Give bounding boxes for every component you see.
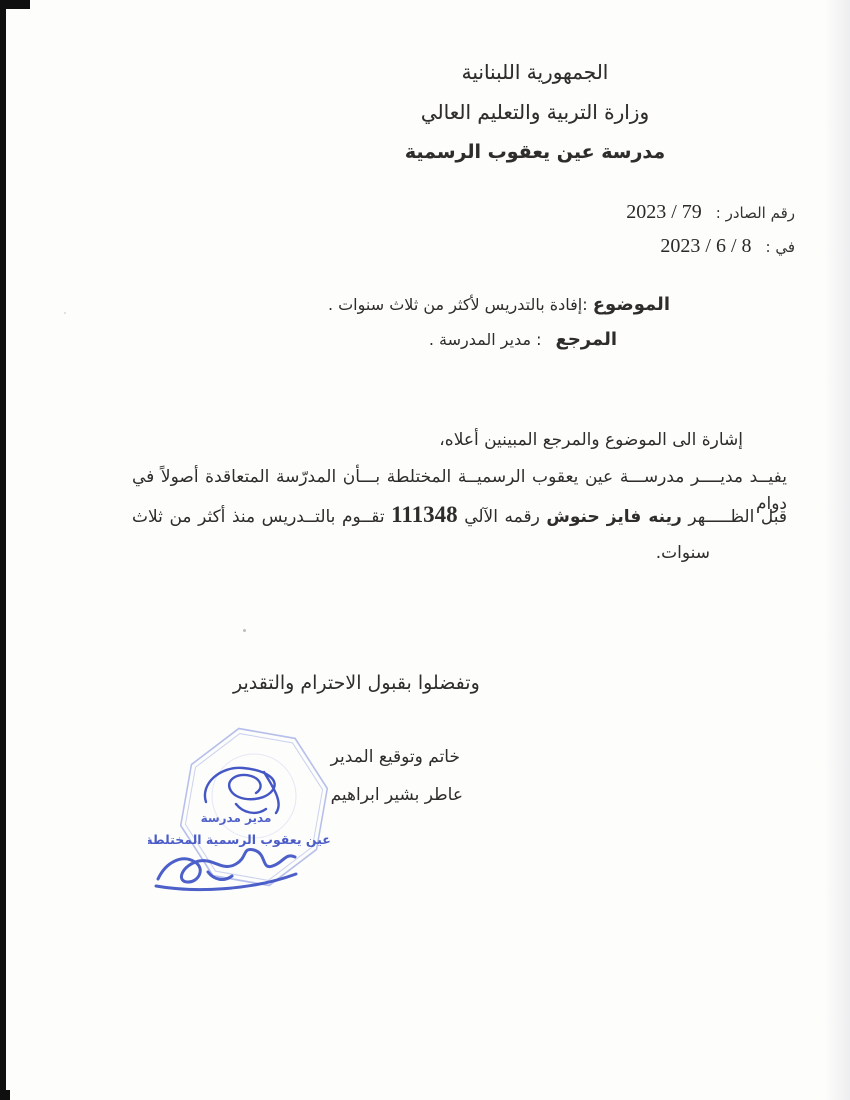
teacher-auto-id: 111348 [391, 502, 457, 527]
reference-label: المرجع [556, 329, 617, 350]
handwritten-signature [156, 849, 296, 889]
stamp-faint-circle [212, 754, 296, 838]
body-line-3: سنوات. [132, 540, 787, 567]
reference-line: المرجع: مدير المدرسة . [429, 329, 617, 350]
body-line2-suffix: تقــوم بالتــدريس منذ أكثر من ثلاث [132, 507, 385, 527]
scan-edge-left [0, 0, 6, 1100]
subject-line: الموضوع :إفادة بالتدريس لأكثر من ثلاث سن… [328, 294, 670, 315]
body-line2-prefix: قبل الظـــــهر [688, 507, 787, 527]
scanned-letter-page: الجمهورية اللبنانية وزارة التربية والتعل… [0, 0, 850, 1100]
body-line2-middle: رقمه الآلي [464, 507, 540, 527]
letterhead-republic: الجمهورية اللبنانية [330, 60, 740, 84]
stamp-role-text: مدير مدرسة [201, 811, 272, 825]
letterhead-school-name: مدرسة عين يعقوب الرسمية [330, 141, 740, 163]
stamp-octagon-outline [173, 722, 335, 893]
stamp-octagon-outer [173, 722, 335, 893]
school-stamp: مدير مدرسة عين يعقوب الرسمية المختلطة [148, 714, 360, 900]
subject-label: الموضوع [593, 294, 670, 315]
director-signature-scribble [205, 768, 279, 813]
date-value: 8 / 6 / 2023 [660, 235, 751, 257]
scan-speck [243, 629, 246, 632]
outgoing-number-row: رقم الصادر :79 / 2023 [626, 201, 795, 224]
reference-block: رقم الصادر :79 / 2023 في :8 / 6 / 2023 [626, 201, 795, 269]
stamp-school-text: عين يعقوب الرسمية المختلطة [148, 832, 331, 847]
subject-text: :إفادة بالتدريس لأكثر من ثلاث سنوات . [328, 295, 588, 314]
outgoing-number-value: 79 / 2023 [626, 201, 702, 223]
date-label: في : [766, 238, 796, 256]
closing-salutation: وتفضلوا بقبول الاحترام والتقدير [233, 672, 480, 694]
outgoing-number-label: رقم الصادر : [716, 204, 795, 222]
scan-edge-top-corner [0, 0, 30, 9]
reference-text: : مدير المدرسة . [429, 330, 542, 349]
scan-shadow-right [824, 0, 850, 1100]
teacher-name: رينه فايز حنوش [546, 507, 681, 527]
date-row: في :8 / 6 / 2023 [626, 235, 795, 258]
letterhead-ministry: وزارة التربية والتعليم العالي [330, 100, 740, 124]
body-opening-line: إشارة الى الموضوع والمرجع المبينين أعلاه… [439, 430, 743, 450]
body-line-2: قبل الظـــــهر رينه فايز حنوش رقمه الآلي… [132, 501, 787, 531]
stamp-octagon-inner [178, 727, 329, 887]
scan-edge-bottom-corner [0, 1090, 10, 1100]
scan-speck [64, 312, 66, 314]
